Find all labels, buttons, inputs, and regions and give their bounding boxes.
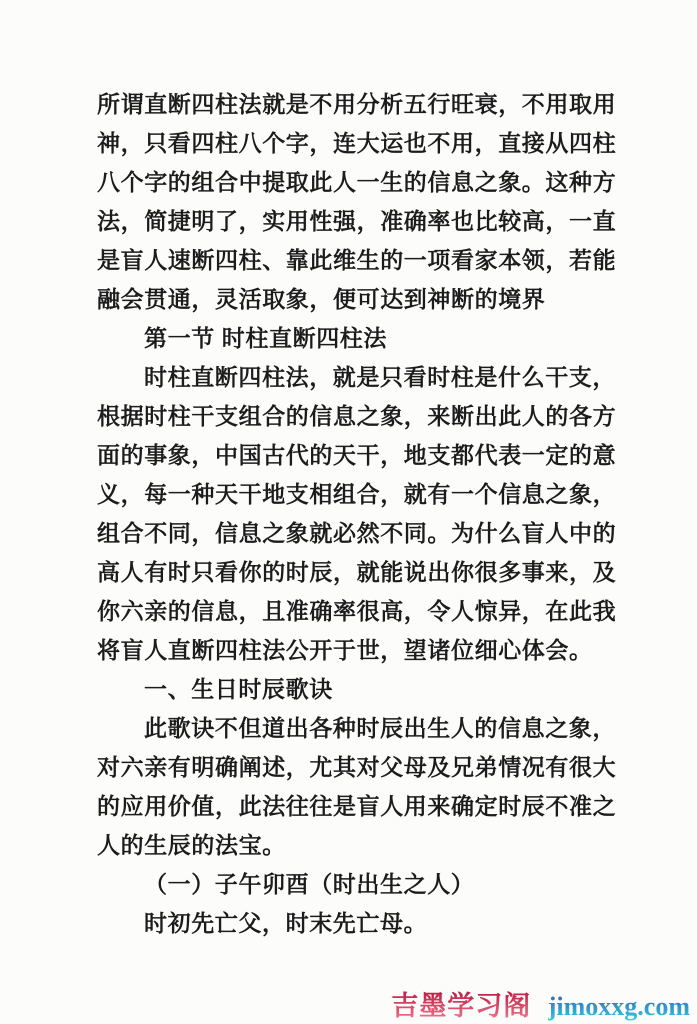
list-heading: 一、生日时辰歌诀 (97, 670, 613, 709)
body-line: 高人有时只看你的时辰，就能说出你很多事来，及 (97, 553, 613, 592)
body-line: 法，简捷明了，实用性强，准确率也比较高，一直 (97, 202, 613, 241)
watermark-footer: 吉墨学习阁 jimoxxg.com (0, 984, 690, 1023)
body-line: 时初先亡父，时末先亡母。 (97, 904, 613, 943)
watermark-site-name: 吉墨学习阁 (391, 984, 531, 1023)
body-line: 组合不同，信息之象就必然不同。为什么盲人中的 (97, 514, 613, 553)
body-line: 时柱直断四柱法，就是只看时柱是什么干支， (97, 358, 613, 397)
scanned-book-page: 所谓直断四柱法就是不用分析五行旺衰，不用取用神，只看四柱八个字，连大运也不用，直… (0, 0, 697, 1024)
body-line: 神，只看四柱八个字，连大运也不用，直接从四柱 (97, 124, 613, 163)
body-line: 的应用价值，此法往往是盲人用来确定时辰不准之 (97, 787, 613, 826)
sub-heading: （一）子午卯酉（时出生之人） (97, 865, 613, 904)
body-line: 将盲人直断四柱法公开于世，望诸位细心体会。 (97, 631, 613, 670)
body-line: 八个字的组合中提取此人一生的信息之象。这种方 (97, 163, 613, 202)
body-line: 人的生辰的法宝。 (97, 826, 613, 865)
body-line: 根据时柱干支组合的信息之象，来断出此人的各方 (97, 397, 613, 436)
page-text: 所谓直断四柱法就是不用分析五行旺衰，不用取用神，只看四柱八个字，连大运也不用，直… (97, 85, 613, 943)
body-line: 义，每一种天干地支相组合，就有一个信息之象， (97, 475, 613, 514)
body-line: 面的事象，中国古代的天干，地支都代表一定的意 (97, 436, 613, 475)
body-line: 融会贯通，灵活取象，便可达到神断的境界 (97, 280, 613, 319)
body-line: 所谓直断四柱法就是不用分析五行旺衰，不用取用 (97, 85, 613, 124)
body-line: 是盲人速断四柱、靠此维生的一项看家本领，若能 (97, 241, 613, 280)
body-line: 你六亲的信息，且准确率很高，令人惊异，在此我 (97, 592, 613, 631)
section-heading: 第一节 时柱直断四柱法 (97, 319, 613, 358)
watermark-site-url[interactable]: jimoxxg.com (548, 992, 690, 1022)
body-line: 对六亲有明确阐述，尤其对父母及兄弟情况有很大 (97, 748, 613, 787)
body-line: 此歌诀不但道出各种时辰出生人的信息之象， (97, 709, 613, 748)
